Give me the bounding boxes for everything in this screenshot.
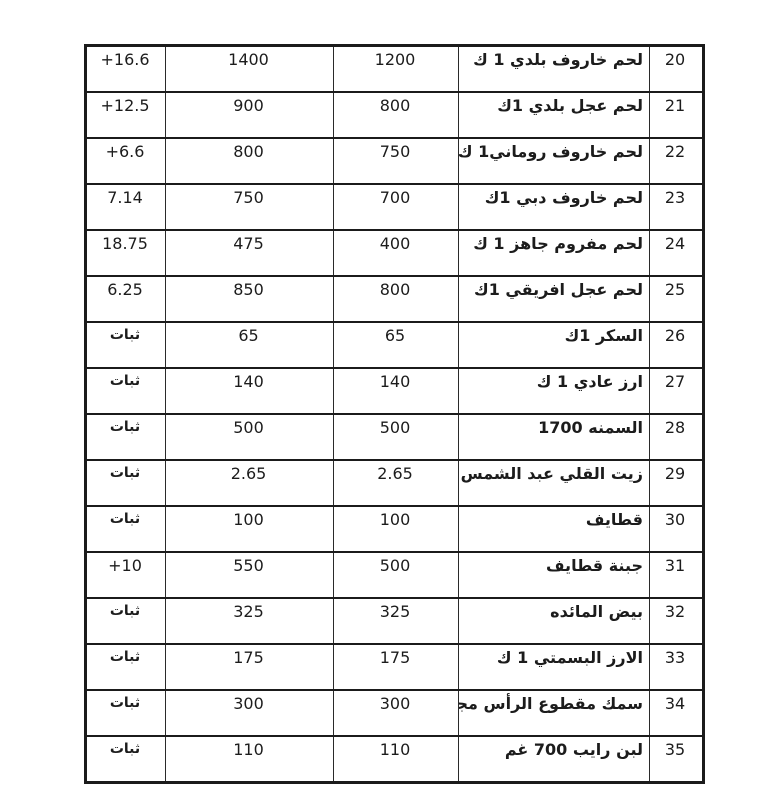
change-percent-cell: ثبات [86,736,166,783]
table-row: ثبات 100 100 قطايف 30 [86,506,704,552]
row-number-cell: 21 [650,92,704,138]
old-price-cell: 100 [334,506,459,552]
table-row: ثبات 300 300 سمك مقطوع الرأس مجمد 34 [86,690,704,736]
change-percent-cell: ثبات [86,644,166,690]
old-price-cell: 175 [334,644,459,690]
old-price-cell: 140 [334,368,459,414]
new-price-cell: 2.65 [166,460,334,506]
table-row: +10 550 500 جبنة قطايف 31 [86,552,704,598]
row-number-cell: 29 [650,460,704,506]
table-row: +16.6 1400 1200 لحم خاروف بلدي 1 ك 20 [86,46,704,93]
new-price-cell: 850 [166,276,334,322]
table-row: ثبات 325 325 بيض المائده 32 [86,598,704,644]
old-price-cell: 65 [334,322,459,368]
table-row: +12.5 900 800 لحم عجل بلدي 1ك 21 [86,92,704,138]
new-price-cell: 800 [166,138,334,184]
price-table-body: +16.6 1400 1200 لحم خاروف بلدي 1 ك 20 +1… [86,46,704,783]
row-number-cell: 30 [650,506,704,552]
change-percent-cell: ثبات [86,598,166,644]
change-percent-cell: ثبات [86,690,166,736]
new-price-cell: 900 [166,92,334,138]
old-price-cell: 300 [334,690,459,736]
new-price-cell: 550 [166,552,334,598]
item-name-cell: لحم خاروف روماني1 ك [459,138,650,184]
item-name-cell: لحم عجل افريقي 1ك [459,276,650,322]
item-name-cell: ارز عادي 1 ك [459,368,650,414]
table-row: ثبات 110 110 لبن رايب 700 غم 35 [86,736,704,783]
item-name-cell: قطايف [459,506,650,552]
new-price-cell: 175 [166,644,334,690]
item-name-cell: لحم مفروم جاهز 1 ك [459,230,650,276]
item-name-cell: جبنة قطايف [459,552,650,598]
item-name-cell: سمك مقطوع الرأس مجمد [459,690,650,736]
table-row: ثبات 2.65 2.65 زيت القلي عبد الشمس.1.5 ل… [86,460,704,506]
table-row: ثبات 140 140 ارز عادي 1 ك 27 [86,368,704,414]
item-name-cell: السمنه 1700 [459,414,650,460]
table-row: ثبات 500 500 السمنه 1700 28 [86,414,704,460]
item-name-cell: بيض المائده [459,598,650,644]
change-percent-cell: 18.75 [86,230,166,276]
table-row: 6.25 850 800 لحم عجل افريقي 1ك 25 [86,276,704,322]
old-price-cell: 325 [334,598,459,644]
row-number-cell: 33 [650,644,704,690]
change-percent-cell: 7.14 [86,184,166,230]
new-price-cell: 325 [166,598,334,644]
change-percent-cell: ثبات [86,506,166,552]
new-price-cell: 500 [166,414,334,460]
row-number-cell: 23 [650,184,704,230]
row-number-cell: 28 [650,414,704,460]
new-price-cell: 100 [166,506,334,552]
change-percent-cell: 6.25 [86,276,166,322]
new-price-cell: 1400 [166,46,334,93]
row-number-cell: 34 [650,690,704,736]
new-price-cell: 475 [166,230,334,276]
change-percent-cell: +10 [86,552,166,598]
item-name-cell: لحم خاروف دبي 1ك [459,184,650,230]
document-page: +16.6 1400 1200 لحم خاروف بلدي 1 ك 20 +1… [0,0,768,785]
new-price-cell: 750 [166,184,334,230]
row-number-cell: 22 [650,138,704,184]
row-number-cell: 20 [650,46,704,93]
new-price-cell: 110 [166,736,334,783]
old-price-cell: 1200 [334,46,459,93]
table-row: 7.14 750 700 لحم خاروف دبي 1ك 23 [86,184,704,230]
item-name-cell: لحم عجل بلدي 1ك [459,92,650,138]
old-price-cell: 800 [334,276,459,322]
change-percent-cell: ثبات [86,368,166,414]
old-price-cell: 2.65 [334,460,459,506]
table-row: ثبات 175 175 الارز البسمتي 1 ك 33 [86,644,704,690]
change-percent-cell: ثبات [86,322,166,368]
row-number-cell: 26 [650,322,704,368]
table-row: ثبات 65 65 السكر 1ك 26 [86,322,704,368]
table-row: +6.6 800 750 لحم خاروف روماني1 ك 22 [86,138,704,184]
row-number-cell: 31 [650,552,704,598]
change-percent-cell: +16.6 [86,46,166,93]
old-price-cell: 110 [334,736,459,783]
row-number-cell: 25 [650,276,704,322]
new-price-cell: 300 [166,690,334,736]
change-percent-cell: +12.5 [86,92,166,138]
item-name-cell: السكر 1ك [459,322,650,368]
old-price-cell: 400 [334,230,459,276]
old-price-cell: 500 [334,414,459,460]
new-price-cell: 140 [166,368,334,414]
change-percent-cell: ثبات [86,460,166,506]
item-name-cell: لحم خاروف بلدي 1 ك [459,46,650,93]
old-price-cell: 750 [334,138,459,184]
change-percent-cell: ثبات [86,414,166,460]
row-number-cell: 32 [650,598,704,644]
old-price-cell: 700 [334,184,459,230]
table-row: 18.75 475 400 لحم مفروم جاهز 1 ك 24 [86,230,704,276]
item-name-cell: زيت القلي عبد الشمس.1.5 لتر [459,460,650,506]
row-number-cell: 27 [650,368,704,414]
new-price-cell: 65 [166,322,334,368]
row-number-cell: 35 [650,736,704,783]
old-price-cell: 500 [334,552,459,598]
item-name-cell: الارز البسمتي 1 ك [459,644,650,690]
item-name-cell: لبن رايب 700 غم [459,736,650,783]
row-number-cell: 24 [650,230,704,276]
change-percent-cell: +6.6 [86,138,166,184]
old-price-cell: 800 [334,92,459,138]
price-table: +16.6 1400 1200 لحم خاروف بلدي 1 ك 20 +1… [84,44,705,784]
